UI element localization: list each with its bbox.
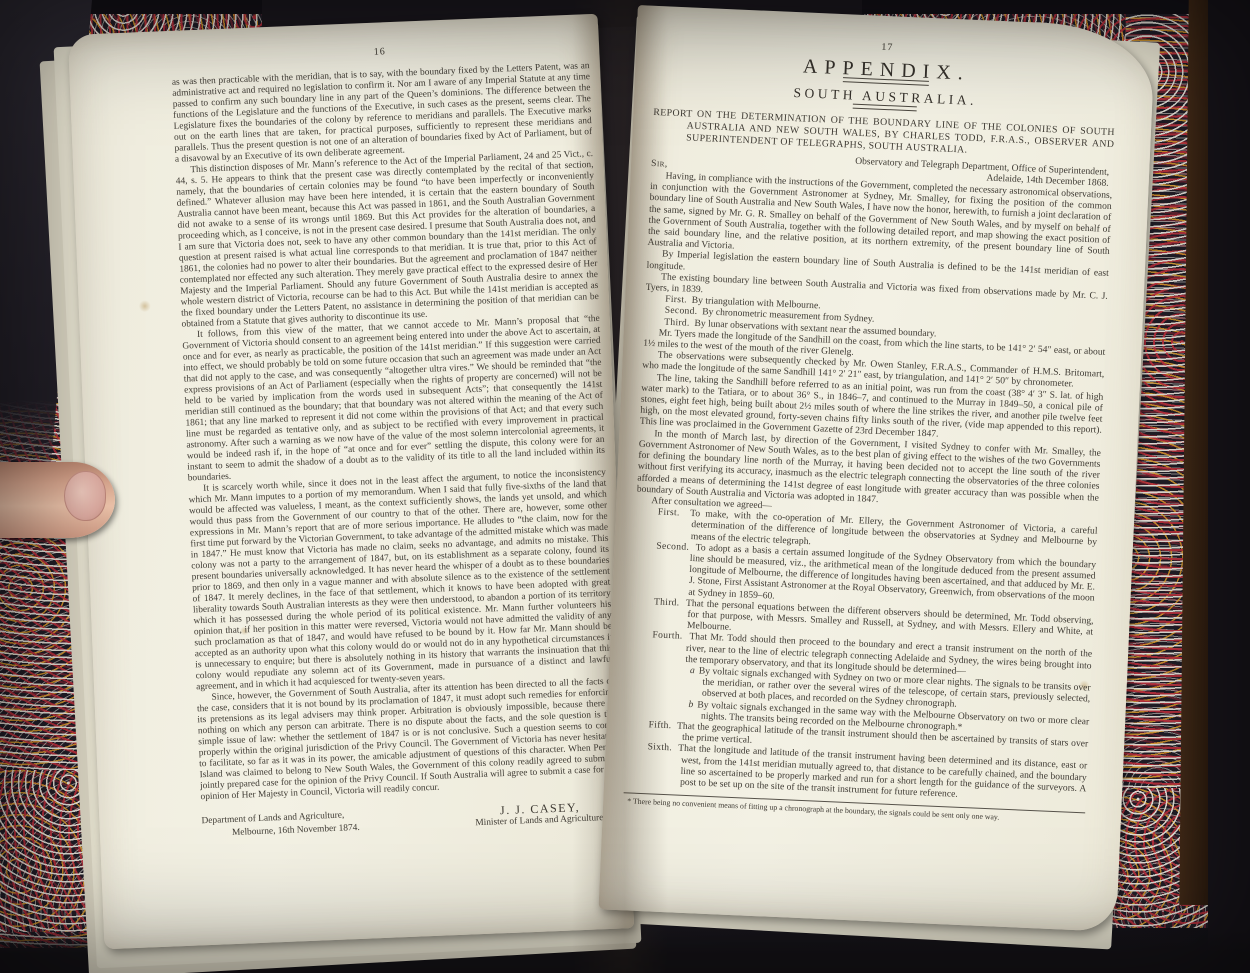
page-right: 17 APPENDIX. SOUTH AUSTRALIA. REPORT ON … xyxy=(599,5,1156,932)
foxing-spot xyxy=(139,300,151,312)
open-book-photo: 16 as was then practicable with the meri… xyxy=(0,0,1250,973)
signature-department-block: Department of Lands and Agriculture, Mel… xyxy=(201,809,360,841)
paragraph: Since, however, the Government of South … xyxy=(196,677,618,804)
thumb-nail xyxy=(64,471,106,521)
page-number: 16 xyxy=(171,38,589,66)
paragraph: It follows, from this view of the matter… xyxy=(182,314,606,485)
page-left-text-block: 16 as was then practicable with the meri… xyxy=(171,38,620,841)
signature-block: Department of Lands and Agriculture, Mel… xyxy=(201,799,620,842)
paragraph: as was then practicable with the meridia… xyxy=(172,61,593,166)
salutation: Sir, xyxy=(651,158,668,170)
thumb xyxy=(0,462,115,538)
signature-name-block: J. J. CASEY, Minister of Lands and Agric… xyxy=(475,799,620,831)
paragraph: It is scarcely worth while, since it doe… xyxy=(188,468,614,694)
book-cover-right-edge xyxy=(1208,0,1250,973)
page-right-text-block: 17 APPENDIX. SOUTH AUSTRALIA. REPORT ON … xyxy=(623,32,1118,826)
paragraph: This distinction disposes of Mr. Mann’s … xyxy=(175,149,599,331)
page-left: 16 as was then practicable with the meri… xyxy=(68,14,634,950)
